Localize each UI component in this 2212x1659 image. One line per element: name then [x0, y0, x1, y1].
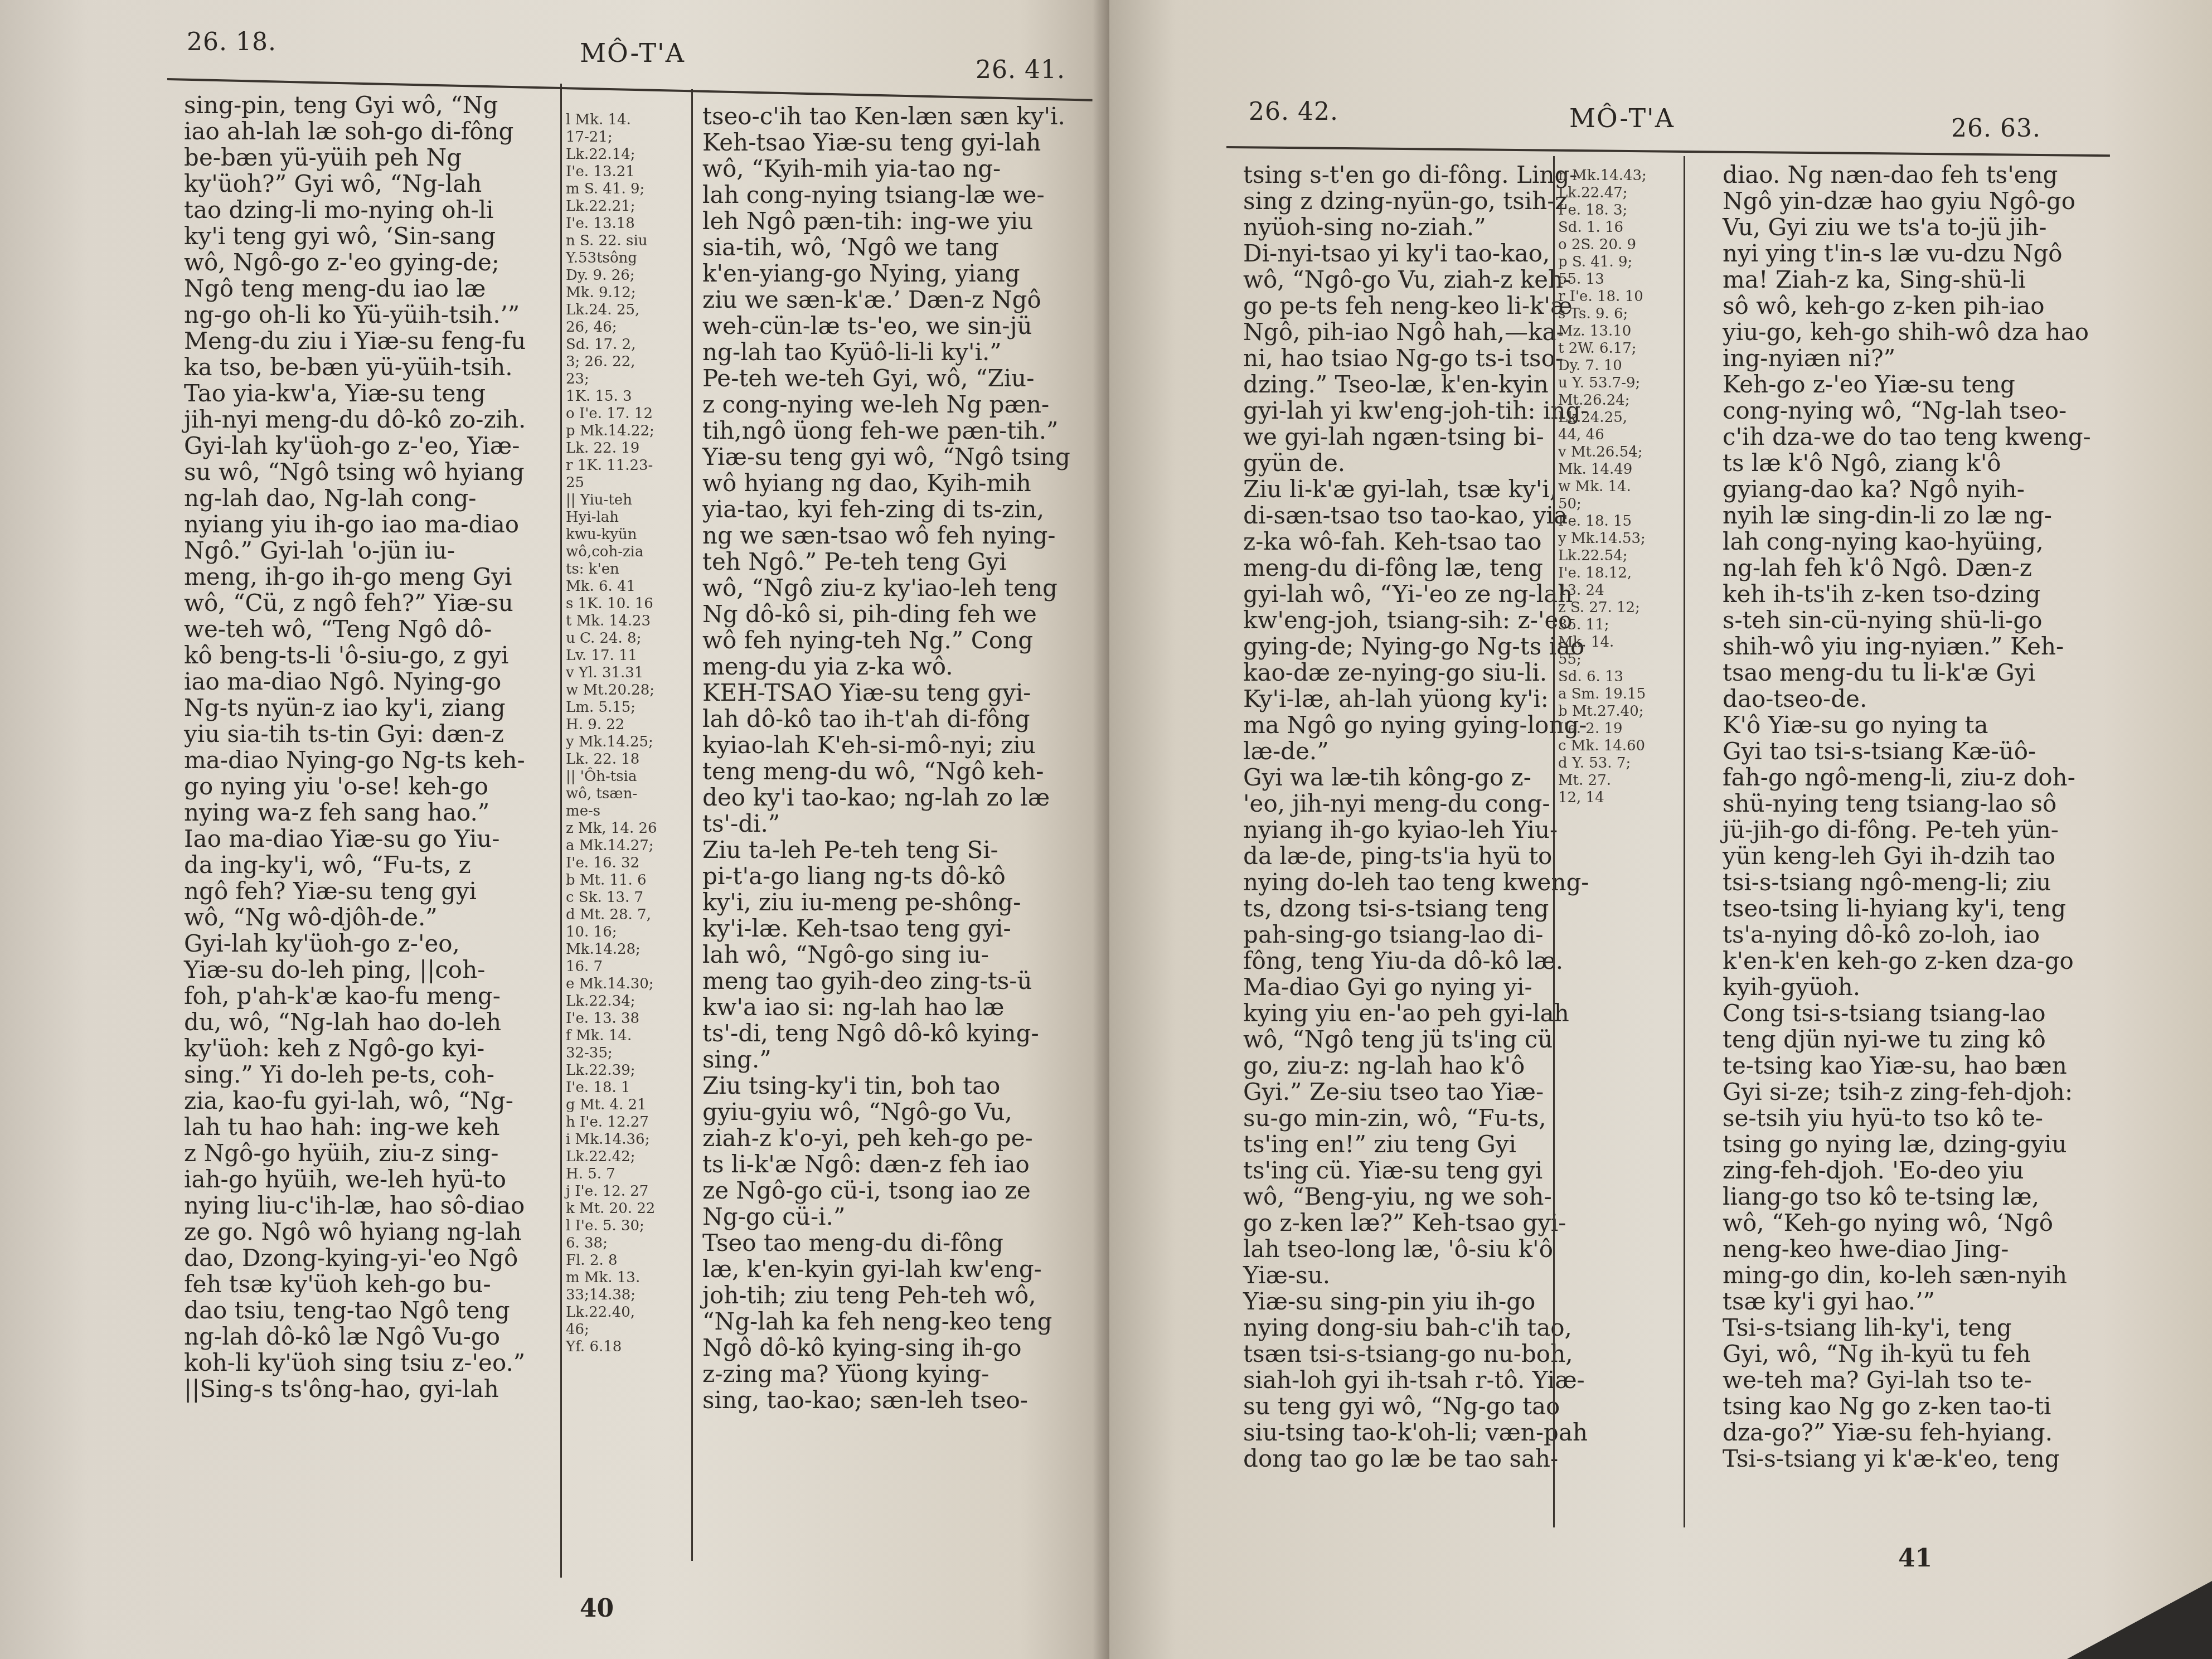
text-line: tsing go nying læ, dzing-gyiu — [1723, 1131, 2102, 1157]
text-line: sing.” Yi do-leh pe-ts, coh- — [184, 1061, 563, 1088]
text-line: gyi-lah wô, “Yi-'eo ze ng-lah — [1243, 581, 1589, 607]
text-line: go z-ken læ?” Keh-tsao gyi- — [1243, 1210, 1589, 1236]
cross-reference: Lk. 22. 18 — [566, 751, 691, 768]
text-line: Ziu li-k'æ gyi-lah, tsæ ky'i, — [1243, 476, 1589, 502]
cross-reference: z S. 27. 12; — [1558, 599, 1670, 617]
cross-reference: Mk. 14. — [1558, 634, 1670, 651]
text-line: Vu, Gyi ziu we ts'a to-jü jih- — [1723, 214, 2102, 240]
text-line: jih-nyi meng-du dô-kô zo-zih. — [184, 406, 563, 433]
cross-reference: s 1K. 10. 16 — [566, 595, 691, 613]
cross-reference: d Mt. 28. 7, — [566, 906, 691, 924]
cross-reference: v Mt.26.54; — [1558, 444, 1670, 461]
cross-reference: r 1K. 11.23- — [566, 457, 691, 474]
cross-reference: Mk.14.28; — [566, 941, 691, 958]
cross-reference: y Mk.14.53; — [1558, 530, 1670, 547]
cross-reference: kwu-kyün — [566, 526, 691, 544]
cross-reference: Mk. 14.49 — [1558, 461, 1670, 478]
cross-reference: Sd. 6. 13 — [1558, 668, 1670, 686]
cross-reference: 12, 14 — [1558, 789, 1670, 807]
text-line: wô hyiang ng dao, Kyih-mih — [702, 470, 1081, 496]
text-line: Gyi-lah ky'üoh-go z-'eo, Yiæ- — [184, 433, 563, 459]
cross-reference: w Mk. 14. — [1558, 478, 1670, 496]
text-line: Yiæ-su. — [1243, 1262, 1589, 1288]
text-line: Pe-teh we-teh Gyi, wô, “Ziu- — [702, 365, 1081, 391]
text-line: siu-tsing tao-k'oh-li; væn-pah — [1243, 1419, 1589, 1445]
page-number-40: 40 — [580, 1594, 614, 1623]
cross-reference: Lk.24. 25, — [566, 302, 691, 319]
cross-reference: Lm. 5.15; — [566, 699, 691, 716]
cross-reference: Lk.22.21; — [566, 198, 691, 215]
cross-reference: I'e. 13.18 — [566, 215, 691, 232]
cross-reference: Lv. 17. 11 — [566, 647, 691, 664]
cross-reference: 23; — [566, 371, 691, 388]
text-line: kyiao-lah K'eh-si-mô-nyi; ziu — [702, 732, 1081, 758]
cross-reference: H. 5. 7 — [566, 1166, 691, 1183]
text-line: sing-pin, teng Gyi wô, “Ng — [184, 92, 563, 118]
text-line: nying wa-z feh sang hao.” — [184, 799, 563, 826]
text-line: s-teh sin-cü-nying shü-li-go — [1723, 607, 2102, 633]
cross-reference: n Mk.14.43; — [1558, 167, 1670, 185]
text-line: z-zing ma? Yüong kying- — [702, 1361, 1081, 1387]
text-line: ky'i-læ. Keh-tsao teng gyi- — [702, 915, 1081, 942]
left-page: 26. 18. MÔ-T'A 26. 41. sing-pin, teng Gy… — [0, 0, 1109, 1659]
text-line: sing.” — [702, 1046, 1081, 1073]
text-line: dzing.” Tseo-læ, k'en-kyin — [1243, 371, 1589, 397]
text-line: kyih-gyüoh. — [1723, 974, 2102, 1000]
cross-reference: 46; — [566, 1321, 691, 1338]
text-line: sia-tih, wô, ‘Ngô we tang — [702, 234, 1081, 260]
text-line: zia, kao-fu gyi-lah, wô, “Ng- — [184, 1088, 563, 1114]
text-line: Ngô teng meng-du iao læ — [184, 275, 563, 302]
text-line: nying do-leh tao teng kweng- — [1243, 869, 1589, 895]
text-line: du, wô, “Ng-lah hao do-leh — [184, 1009, 563, 1035]
cross-reference: Y.53tsông — [566, 250, 691, 267]
cross-reference: 10. 16; — [566, 924, 691, 941]
cross-reference: I'e. 18. 1 — [566, 1079, 691, 1097]
cross-reference: t 2W. 6.17; — [1558, 340, 1670, 357]
text-line: su-go min-zin, wô, “Fu-ts, — [1243, 1105, 1589, 1131]
cross-reference: Mt.26.24; — [1558, 392, 1670, 409]
text-line: lah dô-kô tao ih-t'ah di-fông — [702, 706, 1081, 732]
cross-reference: I'e. 18. 3; — [1558, 202, 1670, 219]
cross-reference: Sd. 17. 2, — [566, 336, 691, 353]
text-line: ing-nyiæn ni?” — [1723, 345, 2102, 371]
text-line: dao, Dzong-kying-yi-'eo Ngô — [184, 1245, 563, 1271]
cross-reference: 25 — [566, 474, 691, 492]
cross-reference: Lk.22.40, — [566, 1304, 691, 1321]
cross-reference: d Y. 53. 7; — [1558, 755, 1670, 772]
text-line: Tseo tao meng-du di-fông — [702, 1230, 1081, 1256]
text-line: tsæn tsi-s-tsiang-go nu-boh, — [1243, 1341, 1589, 1367]
cross-reference: I'e. 18.12, — [1558, 565, 1670, 582]
cross-reference: ts: k'en — [566, 561, 691, 578]
text-line: zing-feh-djoh. 'Eo-deo yiu — [1723, 1157, 2102, 1183]
left-header-title: MÔ-T'A — [580, 38, 685, 68]
text-line: ky'üoh?” Gyi wô, “Ng-lah — [184, 171, 563, 197]
text-line: tsing s-t'en go di-fông. Ling- — [1243, 162, 1589, 188]
cross-reference: 13. 24 — [1558, 582, 1670, 599]
text-line: yiu sia-tih ts-tin Gyi: dæn-z — [184, 721, 563, 747]
text-line: Meng-du ziu i Yiæ-su feng-fu — [184, 328, 563, 354]
text-line: ze Ngô-go cü-i, tsong iao ze — [702, 1177, 1081, 1204]
right-header-ref-end: 26. 63. — [1951, 114, 2041, 143]
text-line: gyün de. — [1243, 450, 1589, 476]
cross-reference: 6. 38; — [566, 1235, 691, 1252]
text-line: deo ky'i tao-kao; ng-lah zo læ — [702, 784, 1081, 811]
cross-reference: Lk.22.42; — [566, 1148, 691, 1166]
text-line: Iao ma-diao Yiæ-su go Yiu- — [184, 826, 563, 852]
text-line: keh ih-ts'ih z-ken tso-dzing — [1723, 581, 2102, 607]
text-line: Ziu tsing-ky'i tin, boh tao — [702, 1073, 1081, 1099]
text-line: Ng-go cü-i.” — [702, 1204, 1081, 1230]
text-line: Cong tsi-s-tsiang tsiang-lao — [1723, 1000, 2102, 1026]
cross-reference: z Mk, 14. 26 — [566, 820, 691, 837]
text-line: nying dong-siu bah-c'ih tao, — [1243, 1314, 1589, 1341]
cross-reference: h I'e. 12.27 — [566, 1114, 691, 1131]
cross-reference: Sd. 1. 16 — [1558, 219, 1670, 236]
text-line: 'eo, jih-nyi meng-du cong- — [1243, 790, 1589, 817]
text-line: da ing-ky'i, wô, “Fu-ts, z — [184, 852, 563, 878]
text-line: tao dzing-li mo-nying oh-li — [184, 197, 563, 223]
cross-reference: 32-35; — [566, 1045, 691, 1062]
text-line: k'en-yiang-go Nying, yiang — [702, 260, 1081, 287]
text-line: jü-jih-go di-fông. Pe-teh yün- — [1723, 817, 2102, 843]
text-line: be-bæn yü-yüih peh Ng — [184, 144, 563, 171]
cross-reference: a Mk.14.27; — [566, 837, 691, 855]
cross-reference: 33;14.38; — [566, 1287, 691, 1304]
text-line: Tsi-s-tsiang yi k'æ-k'eo, teng — [1723, 1445, 2102, 1472]
table-surface — [2067, 1581, 2212, 1659]
text-line: wô, “Beng-yiu, ng we soh- — [1243, 1183, 1589, 1210]
cross-reference: I'e. 2. 19 — [1558, 720, 1670, 738]
right-main-column: tsing s-t'en go di-fông. Ling-sing z dzi… — [1243, 162, 1589, 1472]
text-line: gyiang-dao ka? Ngô nyih- — [1723, 476, 2102, 502]
text-line: ziu we sæn-k'æ.’ Dæn-z Ngô — [702, 287, 1081, 313]
text-line: KEH-TSAO Yiæ-su teng gyi- — [702, 680, 1081, 706]
cross-reference: Lk.22.34; — [566, 993, 691, 1010]
text-line: ziah-z k'o-yi, peh keh-go pe- — [702, 1125, 1081, 1151]
header-rule — [1226, 146, 2110, 157]
cross-reference: 55; — [1558, 651, 1670, 668]
text-line: meng-du yia z-ka wô. — [702, 653, 1081, 680]
text-line: Yiæ-su sing-pin yiu ih-go — [1243, 1288, 1589, 1314]
text-line: dao tsiu, teng-tao Ngô teng — [184, 1297, 563, 1323]
text-line: tseo-tsing li-hyiang ky'i, teng — [1723, 895, 2102, 921]
text-line: ts'ing cü. Yiæ-su teng gyi — [1243, 1157, 1589, 1183]
text-line: ts li-k'æ Ngô: dæn-z feh iao — [702, 1151, 1081, 1177]
cross-reference: Mt. 27. — [1558, 772, 1670, 789]
text-line: teng djün nyi-we tu zing kô — [1723, 1026, 2102, 1052]
cross-reference: 16. 7 — [566, 958, 691, 976]
cross-reference: Lk. 22. 19 — [566, 440, 691, 457]
cross-reference: Lk.22.39; — [566, 1062, 691, 1079]
text-line: feh tsæ ky'üoh keh-go bu- — [184, 1271, 563, 1297]
cross-reference: 1K. 15. 3 — [566, 388, 691, 405]
text-line: iao ah-lah læ soh-go di-fông — [184, 118, 563, 144]
text-line: Gyi.” Ze-siu tseo tao Yiæ- — [1243, 1079, 1589, 1105]
text-line: læ-de.” — [1243, 738, 1589, 764]
text-line: ngô feh? Yiæ-su teng gyi — [184, 878, 563, 904]
text-line: su teng gyi wô, “Ng-go tao — [1243, 1393, 1589, 1419]
cross-reference: m S. 41. 9; — [566, 181, 691, 198]
column-divider — [1553, 156, 1555, 1527]
text-line: pi-t'a-go liang ng-ts dô-kô — [702, 863, 1081, 889]
column-divider — [560, 84, 562, 1578]
text-line: ng-lah tao Kyüô-li-li ky'i.” — [702, 339, 1081, 365]
cross-reference: || 'Ôh-tsia — [566, 768, 691, 785]
text-line: gyi-lah yi kw'eng-joh-tih: ing- — [1243, 397, 1589, 424]
text-line: kô beng-ts-li 'ô-siu-go, z gyi — [184, 642, 563, 668]
text-line: kw'eng-joh, tsiang-sih: z-'eo — [1243, 607, 1589, 633]
cross-reference: e Mk.14.30; — [566, 976, 691, 993]
cross-reference: wô, tsæn- — [566, 785, 691, 803]
cross-reference: || Yiu-teh — [566, 492, 691, 509]
text-line: z-ka wô-fah. Keh-tsao tao — [1243, 528, 1589, 555]
text-line: Yiæ-su teng gyi wô, “Ngô tsing — [702, 444, 1081, 470]
text-line: nyiang ih-go kyiao-leh Yiu- — [1243, 817, 1589, 843]
text-line: wô, “Keh-go nying wô, ‘Ngô — [1723, 1210, 2102, 1236]
text-line: go, ziu-z: ng-lah hao k'ô — [1243, 1052, 1589, 1079]
text-line: Gyi si-ze; tsih-z zing-feh-djoh: — [1723, 1079, 2102, 1105]
text-line: ts'-di, teng Ngô dô-kô kying- — [702, 1020, 1081, 1046]
cross-reference: me-s — [566, 803, 691, 820]
text-line: Gyi-lah ky'üoh-go z-'eo, — [184, 930, 563, 957]
text-line: we-teh wô, “Teng Ngô dô- — [184, 616, 563, 642]
text-line: ng-lah dô-kô læ Ngô Vu-go — [184, 1323, 563, 1350]
text-line: nyih læ sing-din-li zo læ ng- — [1723, 502, 2102, 528]
text-line: we-teh ma? Gyi-lah tso te- — [1723, 1367, 2102, 1393]
text-line: fah-go ngô-meng-li, ziu-z doh- — [1723, 764, 2102, 790]
text-line: meng-du di-fông læ, teng — [1243, 555, 1589, 581]
text-line: ma! Ziah-z ka, Sing-shü-li — [1723, 266, 2102, 293]
text-line: læ, k'en-kyin gyi-lah kw'eng- — [702, 1256, 1081, 1282]
left-right-column: tseo-c'ih tao Ken-læn sæn ky'i.Keh-tsao … — [702, 103, 1081, 1413]
cross-reference: j I'e. 12. 27 — [566, 1183, 691, 1200]
text-line: lah tu hao hah: ing-we keh — [184, 1114, 563, 1140]
text-line: pah-sing-go tsiang-lao di- — [1243, 921, 1589, 948]
text-line: ng-lah dao, Ng-lah cong- — [184, 485, 563, 511]
text-line: ts'ing en!” ziu teng Gyi — [1243, 1131, 1589, 1157]
text-line: leh Ngô pæn-tih: ing-we yiu — [702, 208, 1081, 234]
text-line: Di-nyi-tsao yi ky'i tao-kao, — [1243, 240, 1589, 266]
text-line: Yiæ-su do-leh ping, ||coh- — [184, 957, 563, 983]
text-line: wô, Ngô-go z-'eo gying-de; — [184, 249, 563, 275]
cross-reference: Lk.22.54; — [1558, 547, 1670, 565]
cross-reference: I'e. 13. 38 — [566, 1010, 691, 1027]
right-header-ref-start: 26. 42. — [1249, 98, 1338, 126]
left-header-ref-start: 26. 18. — [187, 28, 276, 56]
cross-reference: l I'e. 5. 30; — [566, 1217, 691, 1235]
column-divider — [691, 89, 693, 1561]
text-line: ma-diao Nying-go Ng-ts keh- — [184, 747, 563, 773]
text-line: ts'-di.” — [702, 811, 1081, 837]
text-line: gying-de; Nying-go Ng-ts iao — [1243, 633, 1589, 659]
text-line: yiu-go, keh-go shih-wô dza hao — [1723, 319, 2102, 345]
text-line: cong-nying wô, “Ng-lah tseo- — [1723, 397, 2102, 424]
text-line: yün keng-leh Gyi ih-dzih tao — [1723, 843, 2102, 869]
text-line: nyi ying t'in-s læ vu-dzu Ngô — [1723, 240, 2102, 266]
text-line: ky'üoh: keh z Ngô-go kyi- — [184, 1035, 563, 1061]
text-line: koh-li ky'üoh sing tsiu z-'eo.” — [184, 1350, 563, 1376]
text-line: Ngô, pih-iao Ngô hah,—ka- — [1243, 319, 1589, 345]
cross-reference: n S. 22. siu — [566, 232, 691, 250]
text-line: wô, “Kyih-mih yia-tao ng- — [702, 156, 1081, 182]
text-line: ts læ k'ô Ngô, ziang k'ô — [1723, 450, 2102, 476]
left-header-ref-end: 26. 41. — [976, 56, 1065, 84]
cross-reference: u Y. 53.7-9; — [1558, 375, 1670, 392]
text-line: gyiu-gyiu wô, “Ngô-go Vu, — [702, 1099, 1081, 1125]
text-line: tseo-c'ih tao Ken-læn sæn ky'i. — [702, 103, 1081, 129]
cross-reference: c Sk. 13. 7 — [566, 889, 691, 906]
text-line: nyiang yiu ih-go iao ma-diao — [184, 511, 563, 537]
text-line: yia-tao, kyi feh-zing di ts-zin, — [702, 496, 1081, 522]
text-line: teng meng-du wô, “Ngô keh- — [702, 758, 1081, 784]
right-header-title: MÔ-T'A — [1569, 103, 1675, 133]
text-line: Tao yia-kw'a, Yiæ-su teng — [184, 380, 563, 406]
text-line: ng-lah feh k'ô Ngô. Dæn-z — [1723, 555, 2102, 581]
text-line: diao. Ng næn-dao feh ts'eng — [1723, 162, 2102, 188]
cross-reference: p S. 41. 9; — [1558, 254, 1670, 271]
text-line: wô, “Ngô ziu-z ky'iao-leh teng — [702, 575, 1081, 601]
text-line: joh-tih; ziu teng Peh-teh wô, — [702, 1282, 1081, 1308]
text-line: we gyi-lah ngæn-tsing bi- — [1243, 424, 1589, 450]
text-line: ze go. Ngô wô hyiang ng-lah — [184, 1219, 563, 1245]
text-line: lah wô, “Ngô-go sing iu- — [702, 942, 1081, 968]
text-line: z Ngô-go hyüih, ziu-z sing- — [184, 1140, 563, 1166]
column-divider — [1684, 156, 1685, 1527]
text-line: nying liu-c'ih-læ, hao sô-diao — [184, 1192, 563, 1219]
text-line: shih-wô yiu ing-nyiæn.” Keh- — [1723, 633, 2102, 659]
cross-reference: y Mk.14.25; — [566, 734, 691, 751]
text-line: da læ-de, ping-ts'ia hyü to — [1243, 843, 1589, 869]
text-line: c'ih dza-we do tao teng kweng- — [1723, 424, 2102, 450]
cross-reference: 44, 46 — [1558, 426, 1670, 444]
text-line: dao-tseo-de. — [1723, 686, 2102, 712]
text-line: tsing kao Ng go z-ken tao-ti — [1723, 1393, 2102, 1419]
text-line: k'en-k'en keh-go z-ken dza-go — [1723, 948, 2102, 974]
text-line: ni, hao tsiao Ng-go ts-i tso- — [1243, 345, 1589, 371]
cross-reference: wô,coh-zia — [566, 544, 691, 561]
cross-reference: 26, 46; — [566, 319, 691, 336]
text-line: sing z dzing-nyün-go, tsih-z — [1243, 188, 1589, 214]
cross-reference: b Mt.27.40; — [1558, 703, 1670, 720]
cross-reference: k Mt. 20. 22 — [566, 1200, 691, 1217]
left-main-column: sing-pin, teng Gyi wô, “Ngiao ah-lah læ … — [184, 92, 563, 1402]
cross-reference: f Mk. 14. — [566, 1027, 691, 1045]
text-line: ming-go din, ko-leh sæn-nyih — [1723, 1262, 2102, 1288]
text-line: wô feh nying-teh Ng.” Cong — [702, 627, 1081, 653]
text-line: ka tso, be-bæn yü-yüih-tsih. — [184, 354, 563, 380]
text-line: ky'i, ziu iu-meng pe-shông- — [702, 889, 1081, 915]
text-line: Ngô.” Gyi-lah 'o-jün iu- — [184, 537, 563, 564]
text-line: di-sæn-tsao tso tao-kao, yia — [1243, 502, 1589, 528]
cross-reference: Dy. 7. 10 — [1558, 357, 1670, 375]
text-line: Ngô dô-kô kying-sing ih-go — [702, 1335, 1081, 1361]
text-line: kao-dæ ze-nying-go siu-li. — [1243, 659, 1589, 686]
cross-reference: I'e. 16. 32 — [566, 855, 691, 872]
text-line: tsæ ky'i gyi hao.’” — [1723, 1288, 2102, 1314]
text-line: ts, dzong tsi-s-tsiang teng — [1243, 895, 1589, 921]
text-line: sô wô, keh-go z-ken pih-iao — [1723, 293, 2102, 319]
text-line: siah-loh gyi ih-tsah r-tô. Yiæ- — [1243, 1367, 1589, 1393]
text-line: tsao meng-du tu li-k'æ Gyi — [1723, 659, 2102, 686]
cross-reference: i Mk.14.36; — [566, 1131, 691, 1148]
text-line: nyüoh-sing no-ziah.” — [1243, 214, 1589, 240]
cross-reference: 17-21; — [566, 129, 691, 146]
cross-reference: I'e. 13.21 — [566, 163, 691, 181]
cross-reference: Dy. 9. 26; — [566, 267, 691, 284]
cross-reference: a Sm. 19.15 — [1558, 686, 1670, 703]
cross-reference: I'e. 18. 15 — [1558, 513, 1670, 530]
cross-reference: l Mk. 14. — [566, 111, 691, 129]
text-line: sing, tao-kao; sæn-leh tseo- — [702, 1387, 1081, 1413]
text-line: kw'a iao si: ng-lah hao læ — [702, 994, 1081, 1020]
text-line: teh Ngô.” Pe-teh teng Gyi — [702, 549, 1081, 575]
text-line: se-tsih yiu hyü-to tso kô te- — [1723, 1105, 2102, 1131]
text-line: tih,ngô üong feh-we pæn-tih.” — [702, 418, 1081, 444]
right-right-column: diao. Ng næn-dao feh ts'engNgô yin-dzæ h… — [1723, 162, 2102, 1472]
cross-reference: o 2S. 20. 9 — [1558, 236, 1670, 254]
text-line: wô, “Ngô teng jü ts'ing cü — [1243, 1026, 1589, 1052]
text-line: wô, “Ngô-go Vu, ziah-z keh- — [1243, 266, 1589, 293]
text-line: Ng dô-kô si, pih-ding feh we — [702, 601, 1081, 627]
text-line: ng we sæn-tsao wô feh nying- — [702, 522, 1081, 549]
text-line: lah tseo-long læ, 'ô-siu k'ô — [1243, 1236, 1589, 1262]
cross-reference: 50; — [1558, 496, 1670, 513]
text-line: Ky'i-læ, ah-lah yüong ky'i: — [1243, 686, 1589, 712]
text-line: meng tao gyih-deo zing-ts-ü — [702, 968, 1081, 994]
text-line: ma Ngô go nying gying-long- — [1243, 712, 1589, 738]
cross-reference: Lk.22.47; — [1558, 185, 1670, 202]
cross-reference: Hyi-lah — [566, 509, 691, 526]
text-line: dong tao go læ be tao sah- — [1243, 1445, 1589, 1472]
text-line: ng-go oh-li ko Yü-yüih-tsih.’” — [184, 302, 563, 328]
text-line: K'ô Yiæ-su go nying ta — [1723, 712, 2102, 738]
text-line: ||Sing-s ts'ông-hao, gyi-lah — [184, 1376, 563, 1402]
text-line: dza-go?” Yiæ-su feh-hyiang. — [1723, 1419, 2102, 1445]
cross-reference: t Mk. 14.23 — [566, 613, 691, 630]
cross-reference: w Mt.20.28; — [566, 682, 691, 699]
cross-reference: Mk. 9.12; — [566, 284, 691, 302]
text-line: wô, “Cü, z ngô feh?” Yiæ-su — [184, 590, 563, 616]
text-line: fông, teng Yiu-da dô-kô læ. — [1243, 948, 1589, 974]
text-line: Ziu ta-leh Pe-teh teng Si- — [702, 837, 1081, 863]
right-page: 26. 42. MÔ-T'A 26. 63. tsing s-t'en go d… — [1109, 0, 2212, 1659]
cross-reference: Lk.24.25, — [1558, 409, 1670, 426]
text-line: meng, ih-go ih-go meng Gyi — [184, 564, 563, 590]
cross-reference: Mz. 13.10 — [1558, 323, 1670, 340]
text-line: “Ng-lah ka feh neng-keo teng — [702, 1308, 1081, 1335]
text-line: Ng-ts nyün-z iao ky'i, ziang — [184, 695, 563, 721]
text-line: Keh-go z-'eo Yiæ-su teng — [1723, 371, 2102, 397]
cross-reference: Lk.22.14; — [566, 146, 691, 163]
cross-reference: 55. 13 — [1558, 271, 1670, 288]
text-line: liang-go tso kô te-tsing læ, — [1723, 1183, 2102, 1210]
text-line: iao ma-diao Ngô. Nying-go — [184, 668, 563, 695]
text-line: te-tsing kao Yiæ-su, hao bæn — [1723, 1052, 2102, 1079]
left-margin-references: l Mk. 14.17-21;Lk.22.14;I'e. 13.21m S. 4… — [566, 111, 691, 1356]
cross-reference: Yf. 6.18 — [566, 1338, 691, 1356]
cross-reference: m Mk. 13. — [566, 1269, 691, 1287]
cross-reference: p Mk.14.22; — [566, 423, 691, 440]
text-line: lah cong-nying kao-hyüing, — [1723, 528, 2102, 555]
cross-reference: 35. 11; — [1558, 617, 1670, 634]
page-number-41: 41 — [1898, 1544, 1932, 1573]
text-line: ky'i teng gyi wô, ‘Sin-sang — [184, 223, 563, 249]
text-line: go nying yiu 'o-se! keh-go — [184, 773, 563, 799]
text-line: Tsi-s-tsiang lih-ky'i, teng — [1723, 1314, 2102, 1341]
text-line: iah-go hyüih, we-leh hyü-to — [184, 1166, 563, 1192]
